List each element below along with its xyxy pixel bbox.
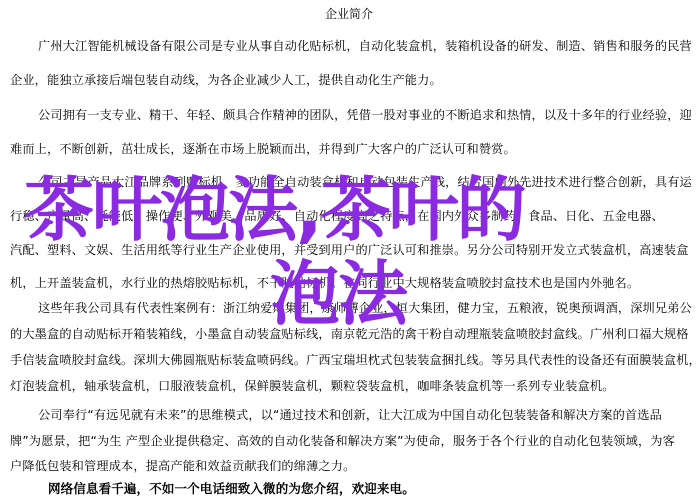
paragraph-line: 难而上，不断创新，茁壮成长，逐渐在市场上脱颖而出，并得到广大客户的广泛认可和赞赏… [10, 141, 692, 157]
paragraph-line: 机，上开盖装盒机，水行业的热熔胶贴标机，不干胶贴标机。在同行业中大规格装盒喷胶封… [10, 275, 692, 291]
company-profile-document: 企业简介 广州大江智能机械设备有限公司是专业从事自动化贴标机，自动化装盒机，装箱… [0, 0, 698, 499]
paragraph-line: 公司奉行“有远见就有未来”的思维模式，以“通过技术和创新，让大江成为中国自动化包… [38, 407, 692, 423]
document-title: 企业简介 [0, 6, 698, 22]
paragraph-line: 这些年我公司具有代表性案例有：浙江纳爱斯集团，康师傅企业，恒大集团，健力宝，五粮… [38, 300, 692, 316]
paragraph-line: 牌”为愿景，把“为生 产型企业提供稳定、高效的自动化装备和解决方案”为使命，服务… [10, 433, 692, 449]
paragraph-line: 公司拥有一支专业、精干、年轻、颇具合作精神的团队，凭借一股对事业的不断追求和热情… [38, 107, 692, 123]
paragraph-line: 公司主导产品大江品牌系列贴标机，多功能全自动装盒机和自动包装生产线，结合国内外先… [38, 174, 692, 190]
closing-call-to-action: 网络信息看千遍，不如一个电话细致入微的为您介绍，欢迎来电。 [48, 481, 692, 497]
paragraph-line: 汽配、塑料、文娱、生活用纸等行业生产企业使用，并受到用户的广泛认可和推崇。另分公… [10, 242, 692, 258]
paragraph-line: 企业，能独立承接后端包装自动线，为各企业减少人工，提供自动化生产能力。 [10, 72, 692, 88]
paragraph-line: 的大墨盒的自动贴标开箱装箱线，小墨盒自动装盒贴标线，南京乾元浩的禽干粉自动理瓶装… [10, 326, 692, 342]
paragraph-line: 户降低包装和管理成本，提高产能和效益贡献我们的绵薄之力。 [10, 458, 692, 474]
paragraph-line: 灯泡装盒机，轴承装盒机，口服液装盒机，保鲜膜装盒机，颗粒袋装盒机，咖啡条装盒机等… [10, 378, 692, 394]
overlay-title-line-2: 泡法 [270, 252, 406, 336]
paragraph-line: 广州大江智能机械设备有限公司是专业从事自动化贴标机，自动化装盒机，装箱机设备的研… [38, 38, 692, 54]
paragraph-line: 手信装盒喷胶封盒线。深圳大佛圆瓶贴标装盒喷码线。广西宝瑞坦枕式包装装盒捆扎线。等… [10, 352, 692, 368]
paragraph-line: 行稳、产量高、耗能低、操作便、外观美、品质好、自动化程度高之特点，在国内外众多制… [10, 208, 692, 224]
